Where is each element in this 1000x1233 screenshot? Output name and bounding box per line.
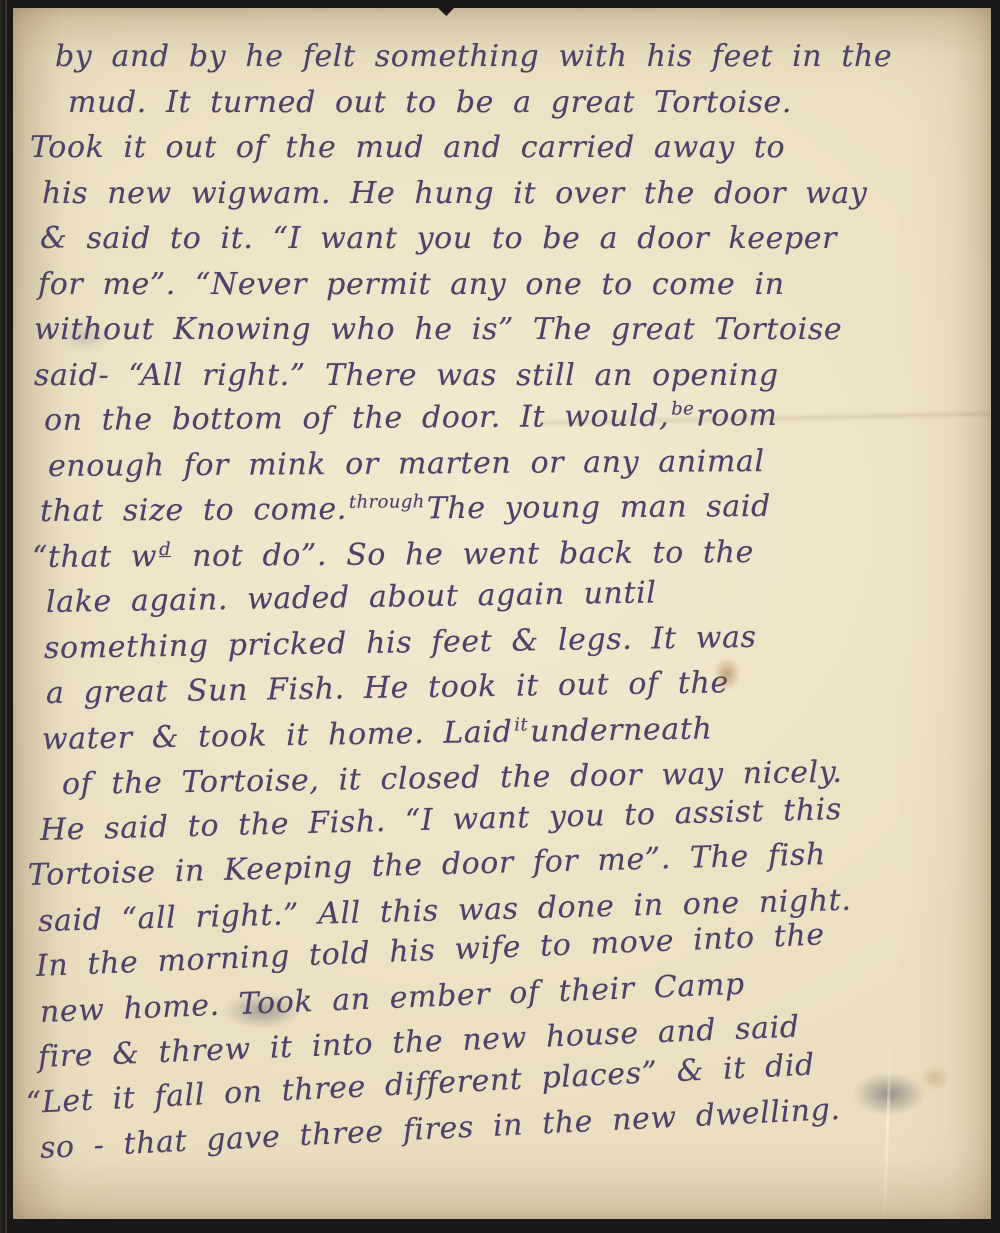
inserted-word: through [349,491,425,513]
handwritten-line: that size to come.throughThe young man s… [40,482,991,534]
line-text: & said to it. “I want you to be a door k… [40,221,837,256]
handwritten-line: Took it out of the mud and carried away … [30,125,991,171]
line-text: The young man said [427,489,771,526]
line-text: lake again. waded about again until [46,575,657,620]
binding-shadow [5,0,7,1233]
line-text: room [696,398,778,434]
line-text: his new wigwam. He hung it over the door… [42,176,867,211]
line-text: that size to come. [40,492,347,529]
handwritten-line: without Knowing who he is” The great Tor… [34,307,991,353]
line-text: water & took it home. Laid [42,714,513,756]
line-text: “that w [32,539,157,575]
line-text: said- “All right.” There was still an op… [34,358,779,393]
line-text: mud. It turned out to be a great Tortois… [68,85,792,120]
line-text: Took it out of the mud and carried away … [30,130,785,165]
line-text: not do”. So he went back to the [173,534,754,573]
handwritten-line: by and by he felt something with his fee… [55,34,991,80]
handwritten-line: mud. It turned out to be a great Tortois… [68,80,991,126]
handwritten-line: & said to it. “I want you to be a door k… [40,216,991,262]
inserted-word: it [514,714,528,735]
inserted-word: d [159,538,171,559]
handwritten-line: said- “All right.” There was still an op… [34,353,991,399]
inserted-word: be [671,398,694,419]
line-text: a great Sun Fish. He took it out of the [46,665,729,711]
line-text: something pricked his feet & legs. It wa… [44,619,757,665]
handwritten-line: for me”. “Never permit any one to come i… [38,262,991,308]
handwritten-line: enough for mink or marten or any animal [48,437,991,489]
line-text: on the bottom of the door. It would, [44,399,669,438]
line-text: enough for mink or marten or any animal [48,443,765,483]
handwritten-lines: by and by he felt something with his fee… [13,34,991,1172]
line-text: underneath [530,711,713,749]
line-text: without Knowing who he is” The great Tor… [34,312,842,347]
handwritten-line: his new wigwam. He hung it over the door… [42,171,991,217]
line-text: for me”. “Never permit any one to come i… [38,267,785,302]
line-text: by and by he felt something with his fee… [55,39,892,74]
handwritten-line: on the bottom of the door. It would,bero… [44,391,991,443]
scan-background: by and by he felt something with his fee… [0,0,1000,1233]
